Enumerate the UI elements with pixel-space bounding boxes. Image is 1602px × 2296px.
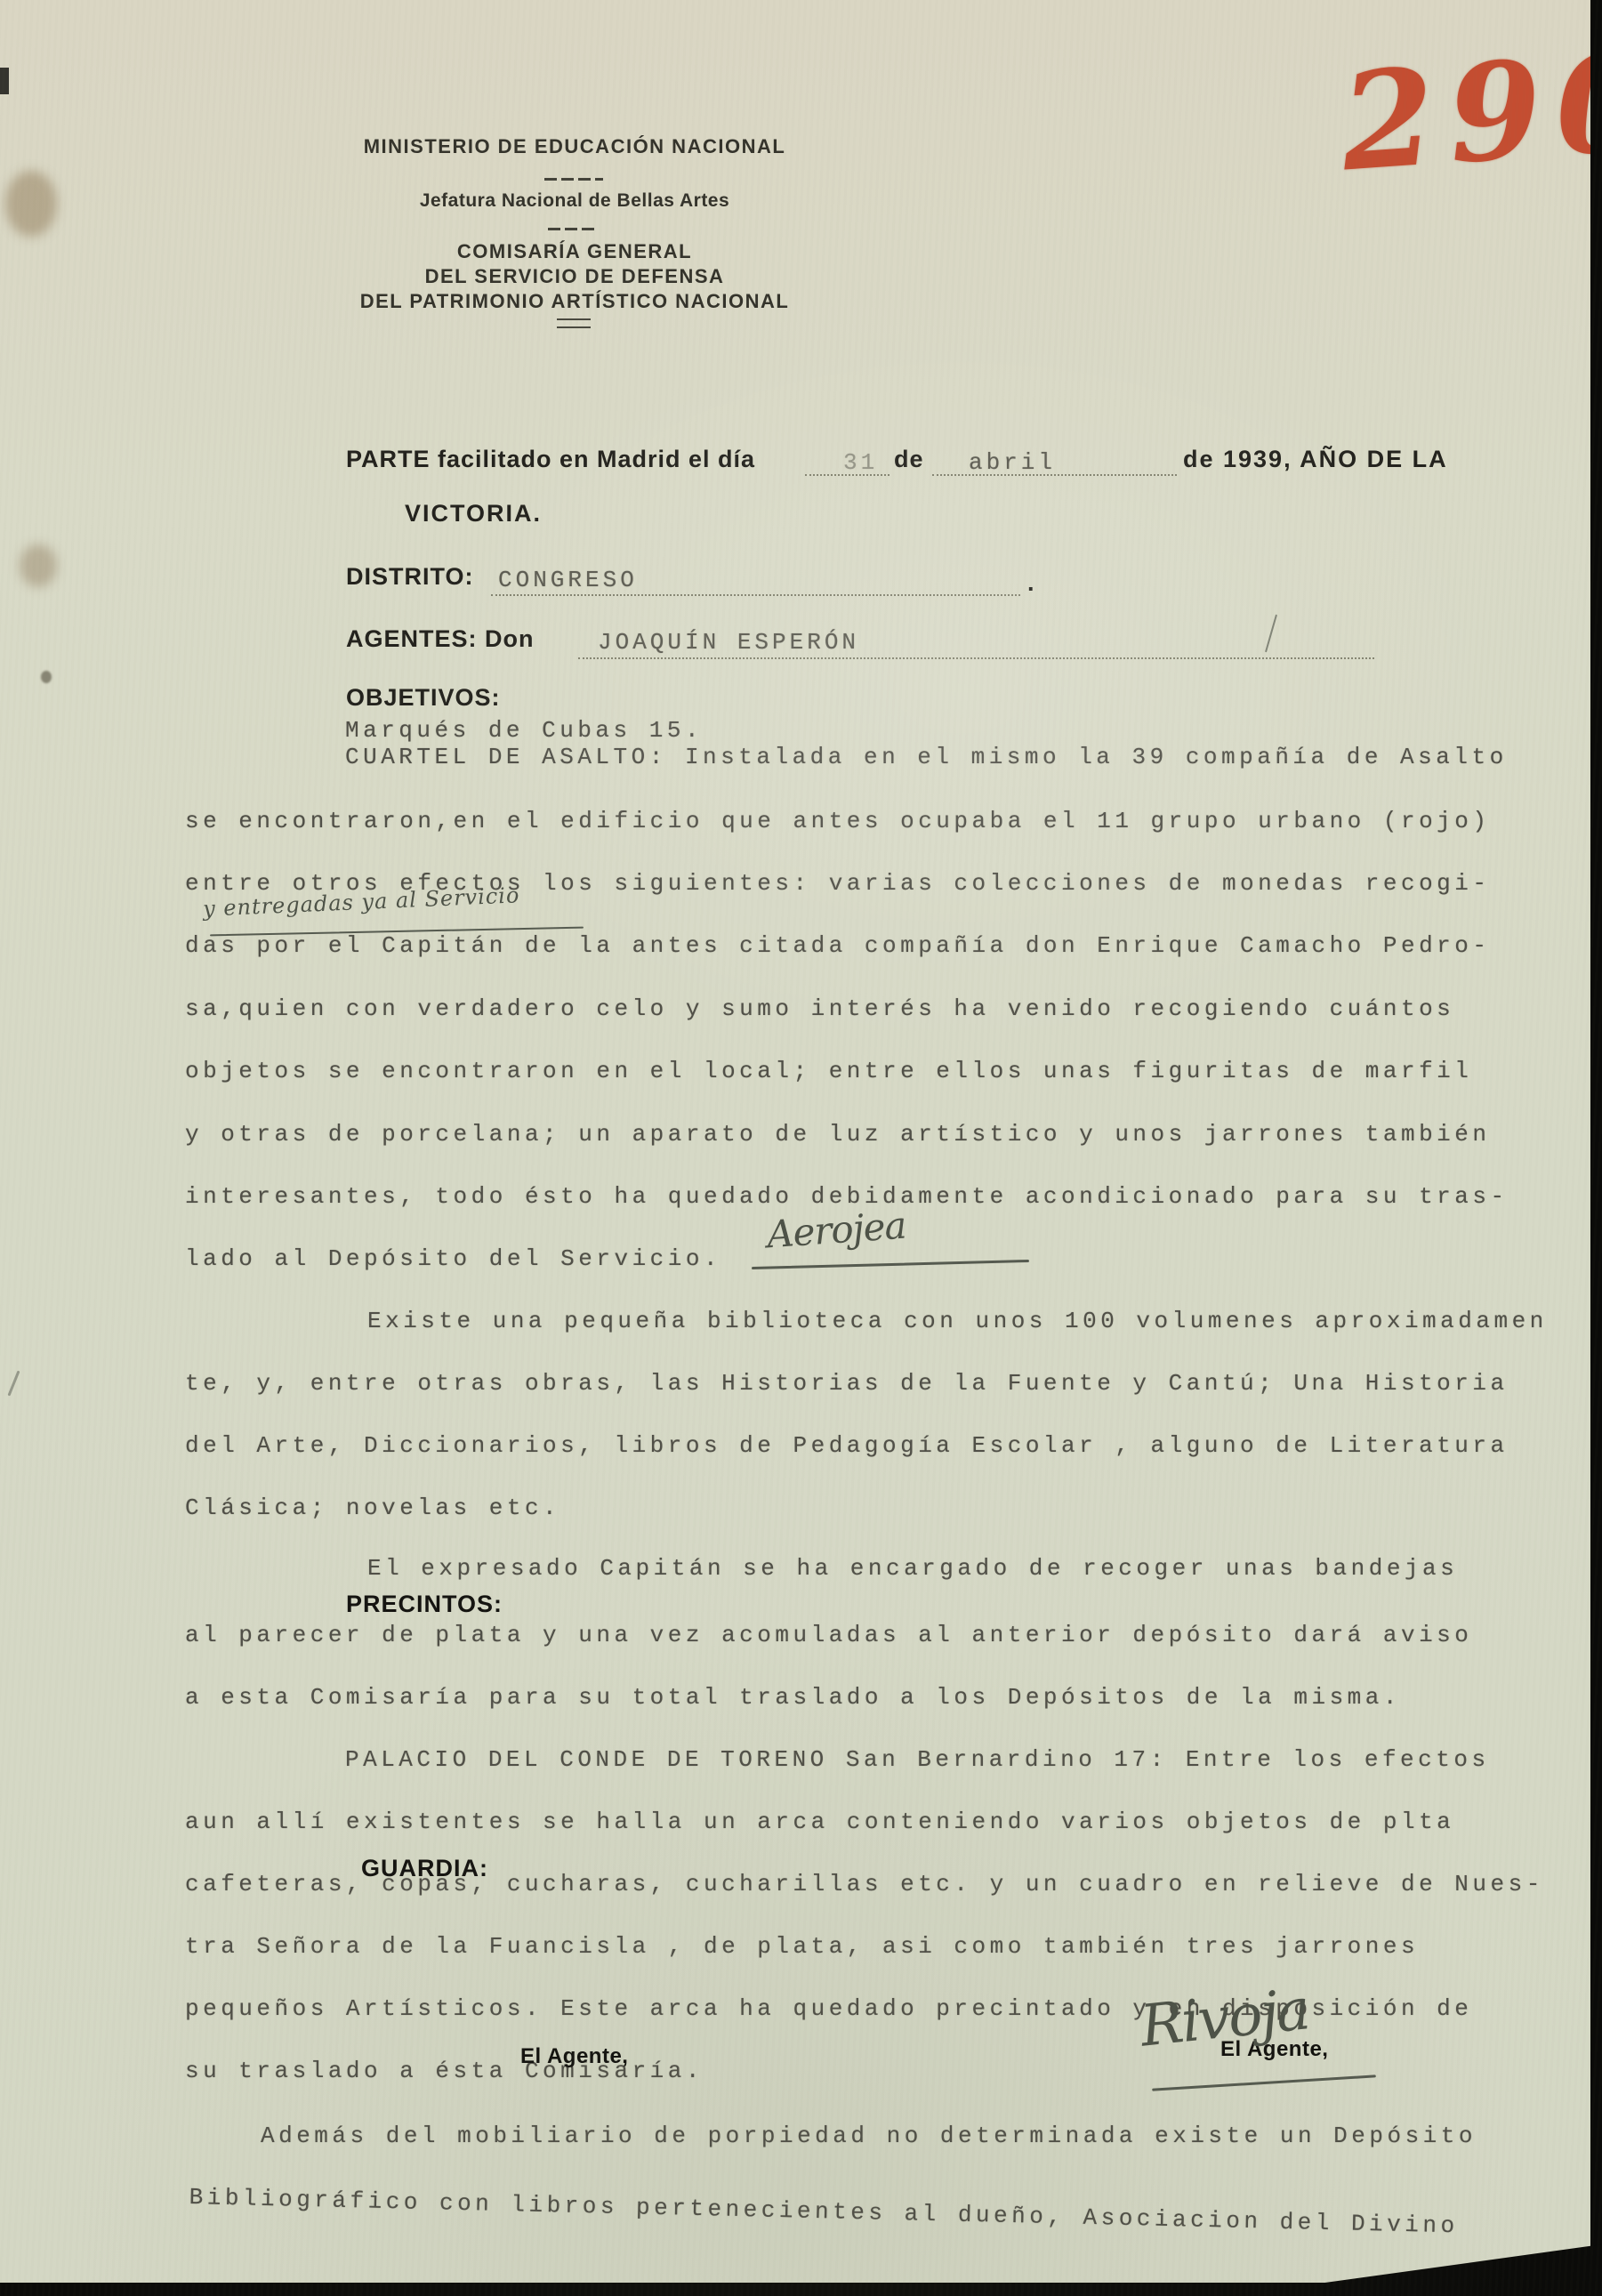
typed-line: El expresado Capitán se ha encargado de … xyxy=(367,1555,1458,1582)
paper-stain xyxy=(41,671,52,683)
form-precintos-label: PRECINTOS: xyxy=(346,1591,503,1618)
typed-line: y otras de porcelana; un aparato de luz … xyxy=(185,1121,1491,1148)
form-distrito-value: CONGRESO xyxy=(498,567,638,593)
form-distrito-period: . xyxy=(1027,569,1035,597)
typed-line: PALACIO DEL CONDE DE TORENO San Bernardi… xyxy=(345,1746,1490,1773)
typed-line: al parecer de plata y una vez acomuladas… xyxy=(185,1622,1472,1648)
paper-stain xyxy=(5,171,57,237)
typed-line: aun allí existentes se halla un arca con… xyxy=(185,1809,1454,1835)
typed-line: sa,quien con verdadero celo y sumo inter… xyxy=(185,995,1454,1022)
typed-line: del Arte, Diccionarios, libros de Pedago… xyxy=(185,1432,1509,1459)
form-month-value: abril xyxy=(969,449,1056,476)
form-day-value: 31 xyxy=(843,449,878,476)
letterhead-ministry: MINISTERIO DE EDUCACIÓN NACIONAL xyxy=(294,135,856,158)
typed-line: CUARTEL DE ASALTO: Instalada en el mismo… xyxy=(345,744,1508,770)
photo-edge-right xyxy=(1590,0,1602,2296)
handwritten-tick xyxy=(1265,615,1277,653)
scan-edge-mark xyxy=(7,1371,20,1397)
signature-underline xyxy=(1152,2074,1376,2091)
typed-line: te, y, entre otras obras, las Historias … xyxy=(185,1370,1509,1397)
typed-line: objetos se encontraron en el local; entr… xyxy=(185,1058,1472,1084)
paper-stain xyxy=(20,544,57,587)
typed-line: Marqués de Cubas 15. xyxy=(345,717,703,744)
letterhead-comisaria-3: DEL PATRIMONIO ARTÍSTICO NACIONAL xyxy=(294,290,856,313)
typed-line: tra Señora de la Fuancisla , de plata, a… xyxy=(185,1933,1419,1960)
form-objetivos-label: OBJETIVOS: xyxy=(346,684,501,712)
photo-edge-corner xyxy=(1228,2244,1602,2296)
divider xyxy=(544,178,603,181)
form-guardia-label: GUARDIA: xyxy=(361,1855,488,1882)
divider xyxy=(548,228,598,230)
form-parte-label: PARTE facilitado en Madrid el día xyxy=(346,446,755,473)
handwritten-scribble-servicio: Aerojea xyxy=(765,1204,907,1257)
typed-line: a esta Comisaría para su total traslado … xyxy=(185,1684,1401,1711)
form-de-label: de xyxy=(894,446,924,473)
typed-line: interesantes, todo ésto ha quedado debid… xyxy=(185,1183,1509,1210)
scan-edge-mark xyxy=(0,68,9,94)
dotted-rule xyxy=(578,656,1374,659)
letterhead-comisaria-1: COMISARÍA GENERAL xyxy=(294,240,856,263)
typed-line: Además del mobiliario de porpiedad no de… xyxy=(261,2123,1477,2149)
letterhead-comisaria-2: DEL SERVICIO DE DEFENSA xyxy=(294,265,856,288)
form-distrito-label: DISTRITO: xyxy=(346,563,474,591)
typed-line: das por el Capitán de la antes citada co… xyxy=(185,932,1491,959)
typed-line: Bibliográfico con libros pertenecientes … xyxy=(189,2184,1459,2239)
form-agentes-value: JOAQUÍN ESPERÓN xyxy=(598,629,859,656)
form-agentes-label: AGENTES: Don xyxy=(346,625,535,653)
handwritten-underline xyxy=(752,1260,1029,1269)
document-page: 290 MINISTERIO DE EDUCACIÓN NACIONAL Jef… xyxy=(0,0,1602,2296)
typed-line: Existe una pequeña biblioteca con unos 1… xyxy=(367,1308,1548,1334)
form-agente-label-left: El Agente, xyxy=(520,2044,628,2069)
typed-line: se encontraron,en el edificio que antes … xyxy=(185,808,1491,834)
page-number-handwritten: 290 xyxy=(1336,23,1602,202)
typed-line: Clásica; novelas etc. xyxy=(185,1494,560,1521)
divider xyxy=(557,318,591,328)
form-year-label: de 1939, AÑO DE LA xyxy=(1183,446,1448,473)
letterhead-jefatura: Jefatura Nacional de Bellas Artes xyxy=(294,190,856,212)
typed-line: lado al Depósito del Servicio. xyxy=(185,1245,721,1272)
form-victoria-label: VICTORIA. xyxy=(405,500,542,528)
